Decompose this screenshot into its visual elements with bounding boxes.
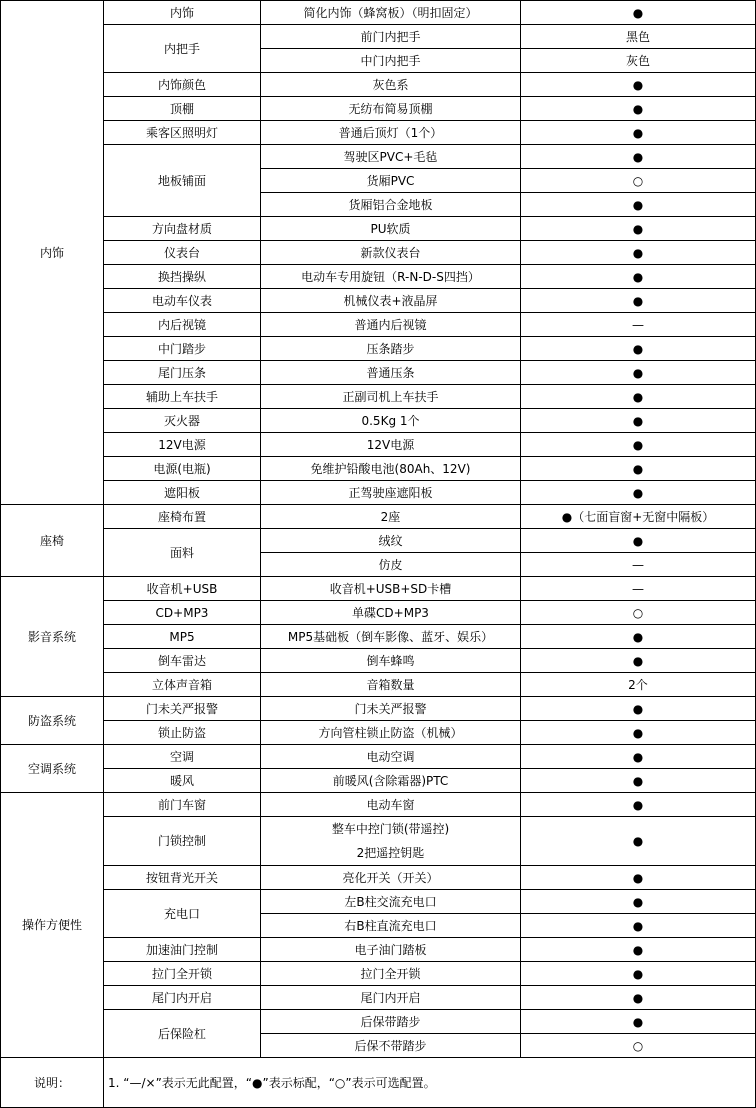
- item-cell: 辅助上车扶手: [104, 385, 261, 409]
- spec-cell: 驾驶区PVC+毛毡: [261, 145, 521, 169]
- spec-cell: 后保带踏步: [261, 1010, 521, 1034]
- item-cell: 加速油门控制: [104, 938, 261, 962]
- item-cell: 12V电源: [104, 433, 261, 457]
- table-row: 辅助上车扶手 正副司机上车扶手 ●: [1, 385, 756, 409]
- spec-cell: 免维护铅酸电池(80Ah、12V): [261, 457, 521, 481]
- item-cell: 门未关严报警: [104, 697, 261, 721]
- value-cell: ●: [521, 361, 756, 385]
- spec-cell: 绒纹: [261, 529, 521, 553]
- value-cell: ○: [521, 601, 756, 625]
- item-cell: 换挡操纵: [104, 265, 261, 289]
- item-cell: 仪表台: [104, 241, 261, 265]
- spec-cell: 电动车专用旋钮（R-N-D-S四挡）: [261, 265, 521, 289]
- table-row: 倒车雷达 倒车蜂鸣 ●: [1, 649, 756, 673]
- value-cell: ●: [521, 529, 756, 553]
- table-row: 仪表台 新款仪表台 ●: [1, 241, 756, 265]
- item-cell: 内后视镜: [104, 313, 261, 337]
- notes-label: 说明：: [1, 1058, 104, 1106]
- item-cell: 内把手: [104, 25, 261, 73]
- value-cell: ●: [521, 97, 756, 121]
- table-row: 尾门内开启 尾门内开启 ●: [1, 986, 756, 1010]
- value-cell: ●: [521, 890, 756, 914]
- table-row: 防盗系统 门未关严报警 门未关严报警 ●: [1, 697, 756, 721]
- spec-cell: 单碟CD+MP3: [261, 601, 521, 625]
- spec-cell: 12V电源: [261, 433, 521, 457]
- category-cell: 内饰: [1, 1, 104, 505]
- table-row: 空调系统 空调 电动空调 ●: [1, 745, 756, 769]
- spec-cell: 左B柱交流充电口: [261, 890, 521, 914]
- value-cell: ●: [521, 625, 756, 649]
- category-cell: 空调系统: [1, 745, 104, 793]
- value-cell: ●: [521, 145, 756, 169]
- table-row: 内把手 前门内把手 黑色: [1, 25, 756, 49]
- table-row: CD+MP3 单碟CD+MP3 ○: [1, 601, 756, 625]
- item-cell: 收音机+USB: [104, 577, 261, 601]
- table-row: 加速油门控制 电子油门踏板 ●: [1, 938, 756, 962]
- table-row: 立体声音箱 音箱数量 2个: [1, 673, 756, 697]
- spec-cell: MP5基础板（倒车影像、蓝牙、娱乐）: [261, 625, 521, 649]
- item-cell: MP5: [104, 625, 261, 649]
- spec-cell: 货厢PVC: [261, 169, 521, 193]
- table-row: 尾门压条 普通压条 ●: [1, 361, 756, 385]
- spec-line: 整车中控门锁(带遥控): [261, 817, 520, 841]
- table-row: 门锁控制 整车中控门锁(带遥控) 2把遥控钥匙 ●: [1, 817, 756, 866]
- table-row: 面料 绒纹 ●: [1, 529, 756, 553]
- item-cell: 立体声音箱: [104, 673, 261, 697]
- spec-cell: 中门内把手: [261, 49, 521, 73]
- item-cell: 前门车窗: [104, 793, 261, 817]
- value-cell: ●: [521, 866, 756, 890]
- value-cell: ●: [521, 481, 756, 505]
- spec-cell: 灰色系: [261, 73, 521, 97]
- value-cell: ●: [521, 217, 756, 241]
- table-row: 锁止防盗 方向管柱锁止防盗（机械） ●: [1, 721, 756, 745]
- value-cell: ●: [521, 457, 756, 481]
- spec-cell: 压条踏步: [261, 337, 521, 361]
- spec-cell: 前门内把手: [261, 25, 521, 49]
- table-row: 方向盘材质 PU软质 ●: [1, 217, 756, 241]
- spec-cell: 门未关严报警: [261, 697, 521, 721]
- spec-cell: PU软质: [261, 217, 521, 241]
- spec-cell: 简化内饰（蜂窝板）（明扣固定）: [261, 1, 521, 25]
- spec-cell: 无纺布简易顶棚: [261, 97, 521, 121]
- spec-line: 2把遥控钥匙: [261, 841, 520, 865]
- value-cell: ●: [521, 1010, 756, 1034]
- item-cell: 顶棚: [104, 97, 261, 121]
- table-row: 电源(电瓶) 免维护铅酸电池(80Ah、12V) ●: [1, 457, 756, 481]
- table-row: 12V电源 12V电源 ●: [1, 433, 756, 457]
- value-cell: ●: [521, 962, 756, 986]
- item-cell: 遮阳板: [104, 481, 261, 505]
- spec-cell: 仿皮: [261, 553, 521, 577]
- item-cell: 内饰: [104, 1, 261, 25]
- item-cell: 电动车仪表: [104, 289, 261, 313]
- spec-cell: 正驾驶座遮阳板: [261, 481, 521, 505]
- table-row: 按钮背光开关 亮化开关（开关） ●: [1, 866, 756, 890]
- table-row: 顶棚 无纺布简易顶棚 ●: [1, 97, 756, 121]
- item-cell: 按钮背光开关: [104, 866, 261, 890]
- item-cell: 尾门内开启: [104, 986, 261, 1010]
- value-cell: ●: [521, 73, 756, 97]
- category-cell: 座椅: [1, 505, 104, 577]
- spec-cell: 右B柱直流充电口: [261, 914, 521, 938]
- item-cell: 倒车雷达: [104, 649, 261, 673]
- spec-cell: 收音机+USB+SD卡槽: [261, 577, 521, 601]
- value-cell: 黑色: [521, 25, 756, 49]
- spec-cell: 尾门内开启: [261, 986, 521, 1010]
- category-cell: 影音系统: [1, 577, 104, 697]
- value-cell: ●: [521, 241, 756, 265]
- value-cell: ●: [521, 793, 756, 817]
- value-cell: ●: [521, 986, 756, 1010]
- spec-cell: 电动车窗: [261, 793, 521, 817]
- spec-cell: 亮化开关（开关）: [261, 866, 521, 890]
- item-cell: 门锁控制: [104, 817, 261, 866]
- table-row: 充电口 左B柱交流充电口 ●: [1, 890, 756, 914]
- category-cell: 操作方便性: [1, 793, 104, 1058]
- value-cell: ●: [521, 938, 756, 962]
- item-cell: CD+MP3: [104, 601, 261, 625]
- item-cell: 尾门压条: [104, 361, 261, 385]
- spec-cell: 新款仪表台: [261, 241, 521, 265]
- value-cell: ●: [521, 385, 756, 409]
- value-cell: ○: [521, 169, 756, 193]
- table-row: MP5 MP5基础板（倒车影像、蓝牙、娱乐） ●: [1, 625, 756, 649]
- spec-cell: 电动空调: [261, 745, 521, 769]
- value-cell: 2个: [521, 673, 756, 697]
- spec-cell: 电子油门踏板: [261, 938, 521, 962]
- value-cell: ○: [521, 1034, 756, 1058]
- value-cell: ●: [521, 121, 756, 145]
- value-cell: —: [521, 553, 756, 577]
- spec-cell: 机械仪表+液晶屏: [261, 289, 521, 313]
- value-cell: ●: [521, 817, 756, 866]
- table-row: 座椅 座椅布置 2座 ●（七面盲窗+无窗中隔板）: [1, 505, 756, 529]
- value-cell: ●: [521, 289, 756, 313]
- value-cell: ●: [521, 745, 756, 769]
- item-cell: 内饰颜色: [104, 73, 261, 97]
- table-row: 操作方便性 前门车窗 电动车窗 ●: [1, 793, 756, 817]
- value-cell: ●: [521, 433, 756, 457]
- table-row: 中门踏步 压条踏步 ●: [1, 337, 756, 361]
- item-cell: 面料: [104, 529, 261, 577]
- value-cell: ●: [521, 649, 756, 673]
- table-row: 内后视镜 普通内后视镜 —: [1, 313, 756, 337]
- value-cell: ●: [521, 337, 756, 361]
- table-row: 换挡操纵 电动车专用旋钮（R-N-D-S四挡） ●: [1, 265, 756, 289]
- item-cell: 电源(电瓶): [104, 457, 261, 481]
- spec-cell: 音箱数量: [261, 673, 521, 697]
- table-row: 内饰 内饰 简化内饰（蜂窝板）（明扣固定） ●: [1, 1, 756, 25]
- item-cell: 地板铺面: [104, 145, 261, 217]
- table-row: 内饰颜色 灰色系 ●: [1, 73, 756, 97]
- value-cell: ●: [521, 265, 756, 289]
- value-cell: —: [521, 313, 756, 337]
- item-cell: 方向盘材质: [104, 217, 261, 241]
- item-cell: 暖风: [104, 769, 261, 793]
- spec-cell: 普通压条: [261, 361, 521, 385]
- table-row: 地板铺面 驾驶区PVC+毛毡 ●: [1, 145, 756, 169]
- spec-cell: 拉门全开锁: [261, 962, 521, 986]
- value-cell: ●: [521, 193, 756, 217]
- spec-cell: 货厢铝合金地板: [261, 193, 521, 217]
- spec-cell: 2座: [261, 505, 521, 529]
- spec-cell: 普通内后视镜: [261, 313, 521, 337]
- value-cell: ●: [521, 697, 756, 721]
- item-cell: 座椅布置: [104, 505, 261, 529]
- item-cell: 锁止防盗: [104, 721, 261, 745]
- value-cell: ●: [521, 721, 756, 745]
- item-cell: 拉门全开锁: [104, 962, 261, 986]
- value-cell: —: [521, 577, 756, 601]
- table-row: 拉门全开锁 拉门全开锁 ●: [1, 962, 756, 986]
- spec-cell: 正副司机上车扶手: [261, 385, 521, 409]
- spec-cell: 前暖风(含除霜器)PTC: [261, 769, 521, 793]
- table-row: 影音系统 收音机+USB 收音机+USB+SD卡槽 —: [1, 577, 756, 601]
- table-row: 灭火器 0.5Kg 1个 ●: [1, 409, 756, 433]
- item-cell: 空调: [104, 745, 261, 769]
- table-row: 暖风 前暖风(含除霜器)PTC ●: [1, 769, 756, 793]
- item-cell: 充电口: [104, 890, 261, 938]
- category-cell: 防盗系统: [1, 697, 104, 745]
- item-cell: 中门踏步: [104, 337, 261, 361]
- value-cell: ●: [521, 409, 756, 433]
- spec-cell: 方向管柱锁止防盗（机械）: [261, 721, 521, 745]
- notes-row: 说明： 1. “—/×”表示无此配置，“●”表示标配，“○”表示可选配置。: [1, 1058, 756, 1106]
- table-row: 后保险杠 后保带踏步 ●: [1, 1010, 756, 1034]
- item-cell: 后保险杠: [104, 1010, 261, 1058]
- spec-cell: 普通后顶灯（1个）: [261, 121, 521, 145]
- value-cell: ●（七面盲窗+无窗中隔板）: [521, 505, 756, 529]
- spec-table: 内饰 内饰 简化内饰（蜂窝板）（明扣固定） ● 内把手 前门内把手 黑色 中门内…: [0, 0, 756, 1105]
- value-cell: 灰色: [521, 49, 756, 73]
- table-row: 乘客区照明灯 普通后顶灯（1个） ●: [1, 121, 756, 145]
- spec-cell: 后保不带踏步: [261, 1034, 521, 1058]
- value-cell: ●: [521, 769, 756, 793]
- spec-cell: 0.5Kg 1个: [261, 409, 521, 433]
- value-cell: ●: [521, 914, 756, 938]
- notes-text: 1. “—/×”表示无此配置，“●”表示标配，“○”表示可选配置。: [104, 1058, 756, 1106]
- item-cell: 乘客区照明灯: [104, 121, 261, 145]
- spec-cell: 整车中控门锁(带遥控) 2把遥控钥匙: [261, 817, 521, 866]
- table-row: 电动车仪表 机械仪表+液晶屏 ●: [1, 289, 756, 313]
- item-cell: 灭火器: [104, 409, 261, 433]
- value-cell: ●: [521, 1, 756, 25]
- table-row: 遮阳板 正驾驶座遮阳板 ●: [1, 481, 756, 505]
- spec-cell: 倒车蜂鸣: [261, 649, 521, 673]
